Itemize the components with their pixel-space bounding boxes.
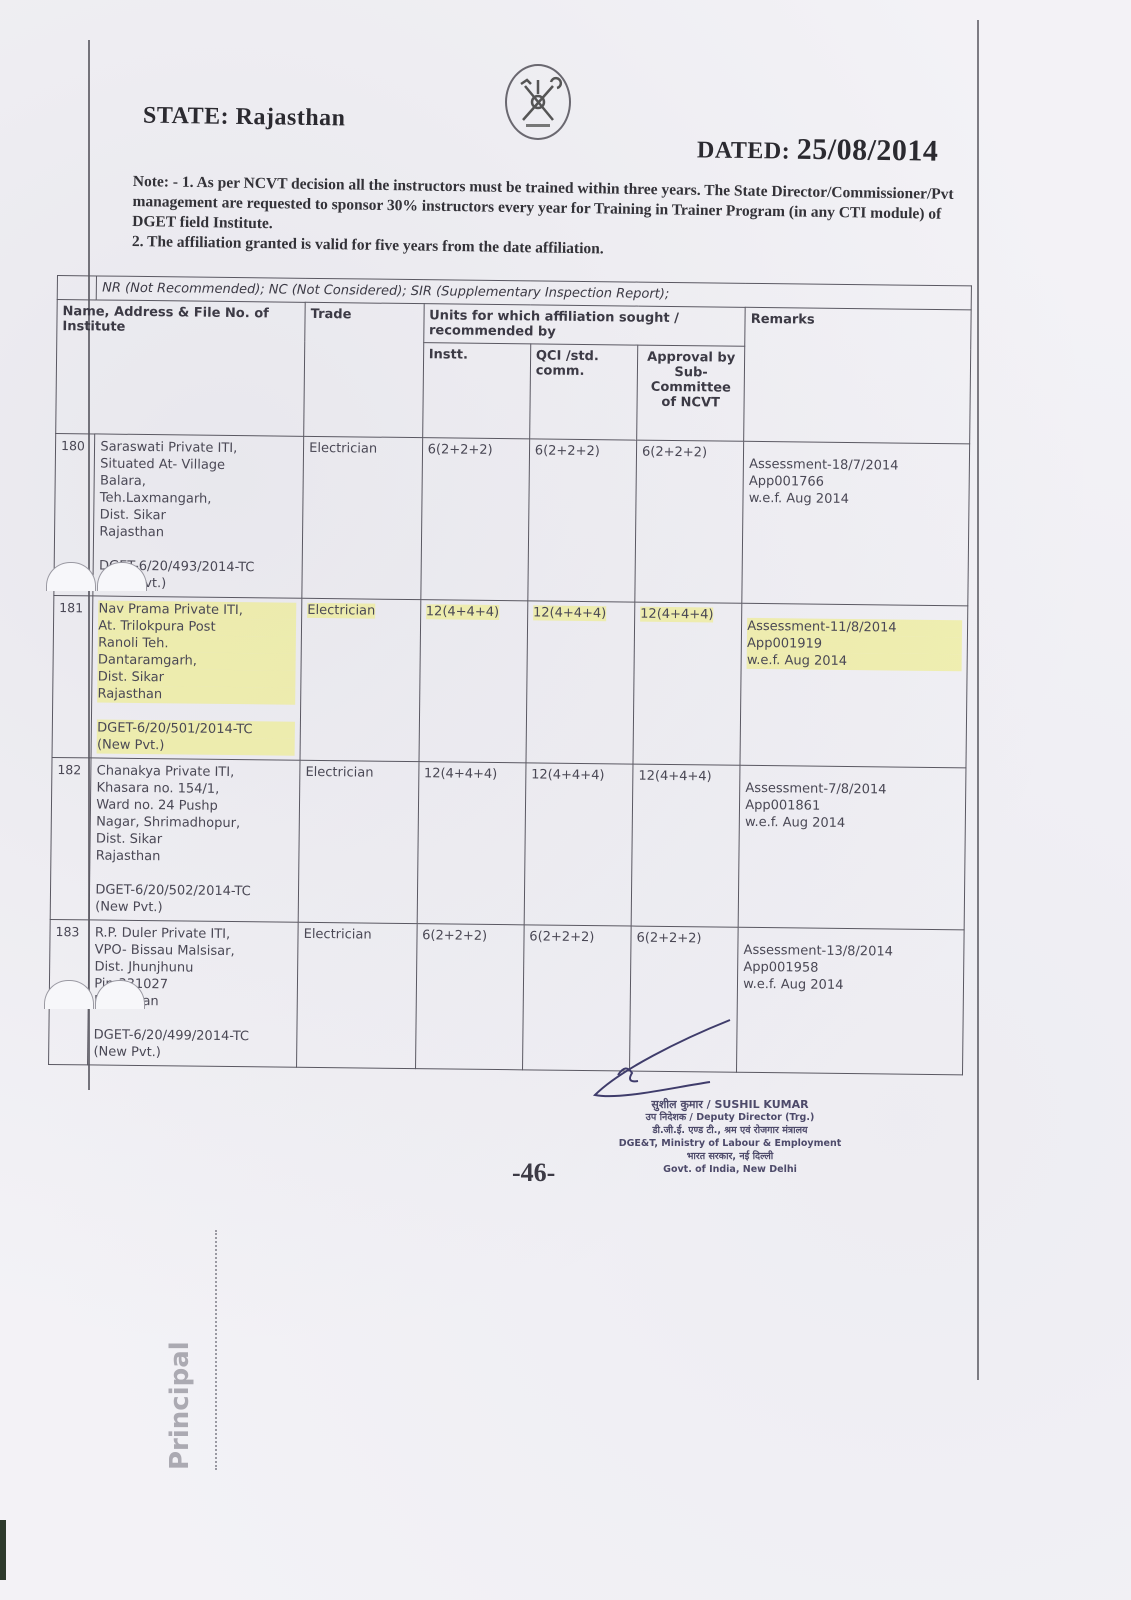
instt-units-value: 6(2+2+2) (428, 442, 493, 458)
dated-value: 25/08/2014 (797, 133, 939, 168)
trade-value: Electrician (305, 765, 373, 781)
notes: Note: - 1. As per NCVT decision all the … (132, 172, 968, 265)
qci-units-value: 6(2+2+2) (529, 929, 594, 945)
signatory-govt-hindi: भारत सरकार, नई दिल्ली (605, 1150, 855, 1163)
header-approval: Approval by Sub-Committee of NCVT (637, 345, 745, 441)
approval-units-value: 12(4+4+4) (638, 769, 711, 785)
stamp-dotted-line (215, 1230, 219, 1470)
qci-units-cell: 6(2+2+2) (528, 439, 637, 602)
state-label: STATE: (143, 103, 229, 130)
header-remarks: Remarks (744, 307, 971, 444)
institute-category: (New Pvt.) (93, 1043, 291, 1062)
trade-cell: Electrician (300, 598, 420, 761)
qci-units-cell: 12(4+4+4) (526, 601, 635, 764)
signatory-dept-hindi: डी.जी.ई. एण्ड टी., श्रम एवं रोजगार मंत्र… (605, 1124, 855, 1137)
signatory-govt-english: Govt. of India, New Delhi (605, 1163, 855, 1176)
remarks-line: w.e.f. Aug 2014 (743, 976, 958, 995)
trade-value: Electrician (309, 441, 377, 457)
affiliation-table: NR (Not Recommended); NC (Not Considered… (48, 275, 972, 1075)
instt-units-value: 12(4+4+4) (426, 604, 499, 620)
approval-units-value: 12(4+4+4) (640, 607, 713, 623)
remarks-line: w.e.f. Aug 2014 (745, 814, 960, 833)
remarks-cell: Assessment-13/8/2014App001958w.e.f. Aug … (737, 927, 964, 1075)
principal-stamp: Principal (165, 1341, 195, 1470)
trade-cell: Electrician (298, 760, 418, 923)
instt-units-cell: 12(4+4+4) (419, 600, 528, 763)
table-row: 181Nav Prama Private ITI,At. Trilokpura … (52, 595, 968, 767)
qci-units-cell: 12(4+4+4) (524, 763, 633, 926)
trade-cell: Electrician (297, 922, 417, 1068)
institute-category: (New Pvt.) (95, 898, 293, 917)
remarks-cell: Assessment-11/8/2014App001919w.e.f. Aug … (740, 603, 968, 768)
state-value: Rajasthan (235, 104, 345, 132)
institute-cell: Chanakya Private ITI,Khasara no. 154/1,W… (90, 758, 301, 922)
trade-value: Electrician (307, 603, 375, 619)
dated-label: DATED: (697, 137, 791, 164)
approval-units-value: 6(2+2+2) (636, 931, 701, 947)
signature-scribble-icon (560, 1000, 740, 1110)
page-number: -46- (512, 1158, 555, 1188)
qci-units-value: 12(4+4+4) (533, 605, 606, 621)
instt-units-cell: 12(4+4+4) (417, 762, 526, 925)
trade-value: Electrician (304, 927, 372, 943)
instt-units-cell: 6(2+2+2) (415, 924, 524, 1070)
header-qci: QCI /std. comm. (529, 344, 637, 440)
trade-cell: Electrician (302, 436, 422, 599)
instt-units-value: 12(4+4+4) (424, 766, 497, 782)
signatory-name: सुशील कुमार / SUSHIL KUMAR (605, 1098, 855, 1111)
remarks-line: w.e.f. Aug 2014 (747, 652, 962, 671)
instt-units-cell: 6(2+2+2) (420, 438, 529, 601)
table-body: 180Saraswati Private ITI,Situated At- Vi… (49, 433, 970, 1074)
qci-units-value: 12(4+4+4) (531, 767, 604, 783)
row-number: 181 (52, 595, 93, 757)
scan-edge-mark (0, 1520, 6, 1580)
approval-units-cell: 12(4+4+4) (633, 602, 742, 765)
institute-address-line: Rajasthan (96, 847, 294, 866)
dated-heading: DATED: 25/08/2014 (697, 131, 939, 168)
institute-cell: Nav Prama Private ITI,At. Trilokpura Pos… (91, 596, 302, 760)
remarks-cell: Assessment-7/8/2014App001861w.e.f. Aug 2… (738, 765, 966, 930)
signature-block: सुशील कुमार / SUSHIL KUMAR उप निदेशक / D… (605, 1098, 855, 1176)
table-row: 182Chanakya Private ITI,Khasara no. 154/… (50, 757, 966, 929)
state-heading: STATE: Rajasthan (143, 103, 346, 133)
approval-units-cell: 12(4+4+4) (631, 764, 740, 927)
approval-units-cell: 6(2+2+2) (635, 440, 744, 603)
instt-units-value: 6(2+2+2) (422, 928, 487, 944)
row-number: 182 (50, 757, 91, 919)
qci-units-value: 6(2+2+2) (535, 443, 600, 459)
institute-address-line: Rajasthan (99, 523, 297, 542)
table-row: 183R.P. Duler Private ITI,VPO- Bissau Ma… (49, 919, 965, 1074)
signatory-designation: उप निदेशक / Deputy Director (Trg.) (605, 1111, 855, 1124)
remarks-line: w.e.f. Aug 2014 (749, 490, 964, 509)
ministry-emblem-icon (505, 64, 571, 140)
table-row: 180Saraswati Private ITI,Situated At- Vi… (54, 433, 970, 605)
institute-address-line: Rajasthan (97, 685, 295, 704)
header-instt: Instt. (422, 343, 530, 439)
remarks-cell: Assessment-18/7/2014App001766w.e.f. Aug … (742, 441, 970, 606)
signatory-dept-english: DGE&T, Ministry of Labour & Employment (605, 1137, 855, 1150)
approval-units-value: 6(2+2+2) (642, 445, 707, 461)
header-trade: Trade (304, 302, 424, 437)
right-margin-line (977, 20, 979, 1380)
header-units: Units for which affiliation sought / rec… (423, 304, 745, 347)
header-name: Name, Address & File No. of Institute (56, 300, 306, 437)
institute-category: (New Pvt.) (97, 736, 295, 755)
affiliation-table-wrapper: NR (Not Recommended); NC (Not Considered… (48, 275, 972, 1075)
